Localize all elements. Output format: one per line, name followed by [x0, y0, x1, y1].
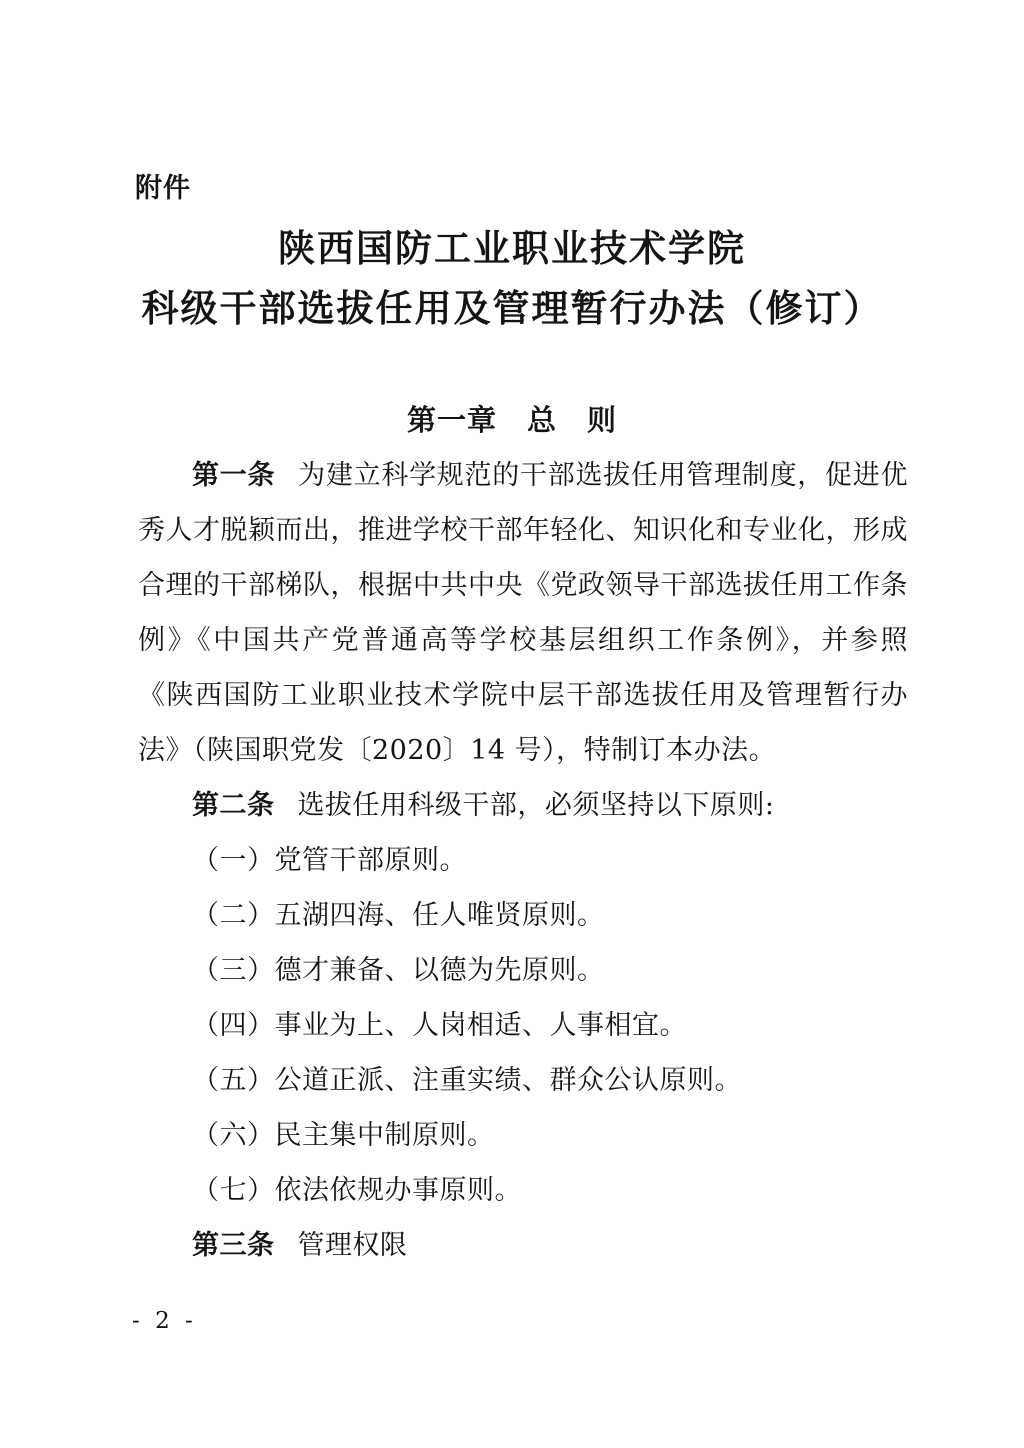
paragraph: 第一条为建立科学规范的干部选拔任用管理制度，促进优秀人才脱颖而出，推进学校干部年…: [138, 448, 908, 778]
article-text: （六）民主集中制原则。: [192, 1120, 495, 1151]
paragraph: （四）事业为上、人岗相适、人事相宜。: [138, 998, 908, 1053]
article-text: 选拔任用科级干部，必须坚持以下原则:: [297, 790, 774, 821]
document-title-line2: 科级干部选拔任用及管理暂行办法（修订）: [0, 278, 1024, 338]
article-label: 第一条: [192, 460, 275, 491]
document-title: 陕西国防工业职业技术学院 科级干部选拔任用及管理暂行办法（修订）: [0, 218, 1024, 338]
article-text: （四）事业为上、人岗相适、人事相宜。: [192, 1010, 687, 1041]
article-text: （三）德才兼备、以德为先原则。: [192, 955, 605, 986]
article-text: 管理权限: [297, 1230, 407, 1261]
article-label: 第三条: [192, 1230, 275, 1261]
paragraph: （二）五湖四海、任人唯贤原则。: [138, 888, 908, 943]
paragraph: （七）依法依规办事原则。: [138, 1163, 908, 1218]
paragraph: （三）德才兼备、以德为先原则。: [138, 943, 908, 998]
chapter-heading: 第一章 总 则: [0, 401, 1024, 439]
article-label: 第二条: [192, 790, 275, 821]
article-text: （五）公道正派、注重实绩、群众公认原则。: [192, 1065, 742, 1096]
attachment-label: 附件: [135, 172, 191, 206]
document-title-line1: 陕西国防工业职业技术学院: [0, 218, 1024, 278]
paragraph: （六）民主集中制原则。: [138, 1108, 908, 1163]
article-text: （七）依法依规办事原则。: [192, 1175, 522, 1206]
document-body: 第一条为建立科学规范的干部选拔任用管理制度，促进优秀人才脱颖而出，推进学校干部年…: [138, 448, 908, 1273]
paragraph: （一）党管干部原则。: [138, 833, 908, 888]
document-page: 附件 陕西国防工业职业技术学院 科级干部选拔任用及管理暂行办法（修订） 第一章 …: [0, 0, 1024, 1448]
paragraph: 第二条选拔任用科级干部，必须坚持以下原则:: [138, 778, 908, 833]
article-text: （一）党管干部原则。: [192, 845, 467, 876]
paragraph: （五）公道正派、注重实绩、群众公认原则。: [138, 1053, 908, 1108]
page-number: - 2 -: [132, 1308, 197, 1334]
paragraph: 第三条管理权限: [138, 1218, 908, 1273]
article-text: 为建立科学规范的干部选拔任用管理制度，促进优秀人才脱颖而出，推进学校干部年轻化、…: [138, 460, 908, 766]
article-text: （二）五湖四海、任人唯贤原则。: [192, 900, 605, 931]
